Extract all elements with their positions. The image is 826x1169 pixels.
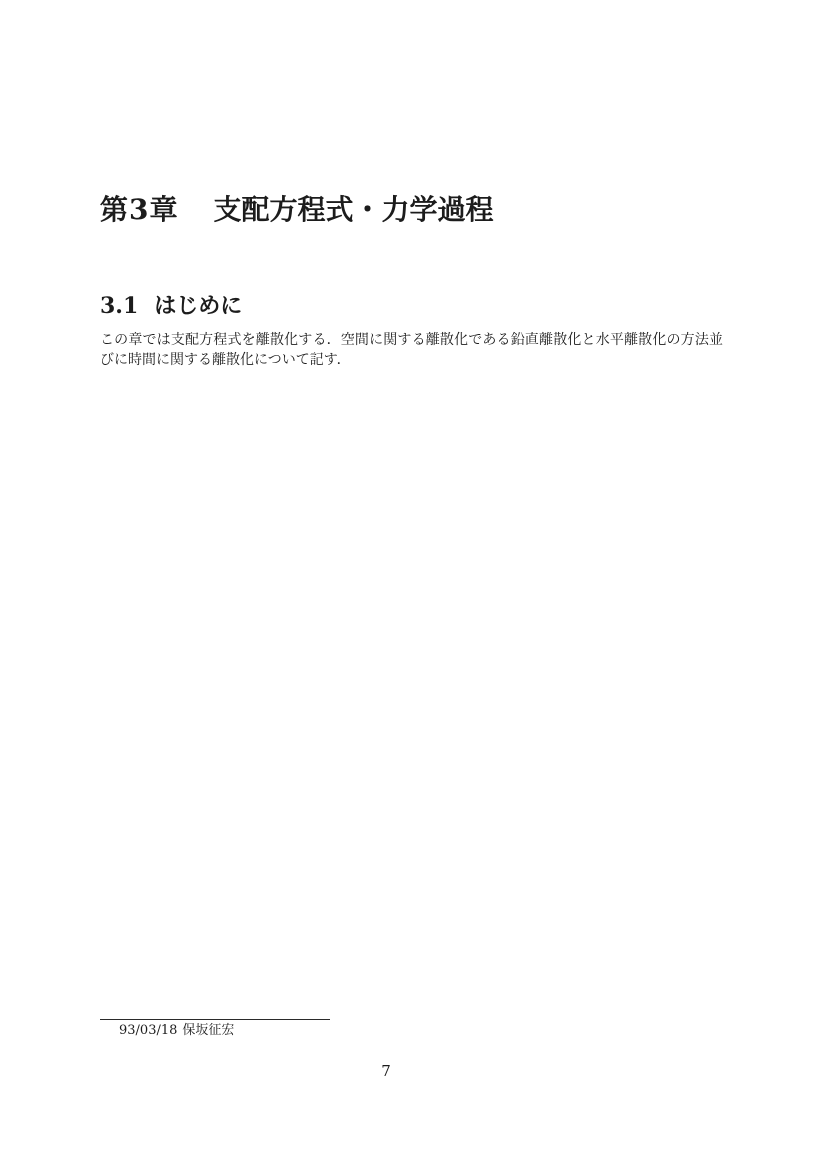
paragraph-line-1: この章では支配方程式を離散化する．空間に関する離散化である鉛直離散化と水平離散化…	[100, 330, 723, 350]
footnote-rule	[100, 1019, 330, 1020]
chapter-label-prefix: 第	[100, 194, 128, 225]
document-page: 第3章支配方程式・力学過程 3.1はじめに この章では支配方程式を離散化する．空…	[0, 0, 826, 1169]
section-number: 3.1	[100, 293, 138, 319]
section-heading: 3.1はじめに	[100, 293, 242, 319]
chapter-label-suffix: 章	[150, 194, 178, 225]
chapter-number: 3	[128, 193, 149, 226]
footnote-date: 93/03/18	[119, 1023, 177, 1038]
chapter-heading: 第3章支配方程式・力学過程	[100, 192, 494, 228]
page-number: 7	[100, 1061, 672, 1081]
section-title: はじめに	[154, 293, 242, 318]
footnote-author: 保坂征宏	[182, 1023, 234, 1038]
intro-paragraph: この章では支配方程式を離散化する．空間に関する離散化である鉛直離散化と水平離散化…	[100, 330, 723, 370]
footnote: 93/03/18保坂征宏	[119, 1022, 234, 1039]
paragraph-line-2: びに時間に関する離散化について記す．	[100, 350, 723, 370]
chapter-title: 支配方程式・力学過程	[214, 194, 494, 225]
